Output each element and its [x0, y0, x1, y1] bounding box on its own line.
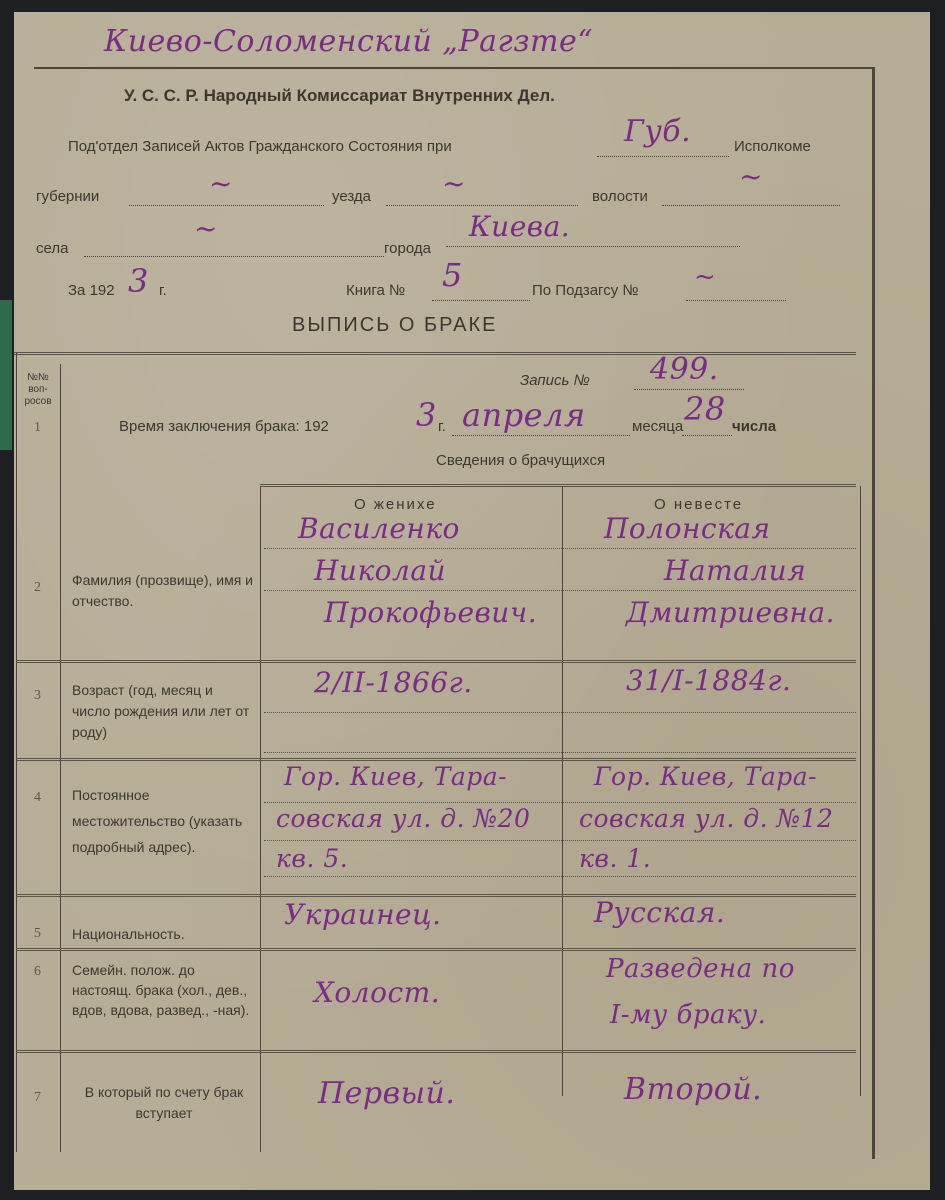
bride-nationality: Русская.: [594, 896, 725, 929]
uezd-value: ~: [442, 167, 466, 200]
question-number-3: 3: [34, 688, 41, 704]
address-line-2: [264, 840, 856, 841]
bride-column-header: О невесте: [654, 496, 743, 513]
volost-label: волости: [592, 188, 648, 205]
number-column-header: №№ воп-росов: [20, 372, 56, 408]
record-number-label: Запись №: [520, 372, 590, 389]
question-number-4: 4: [34, 790, 41, 806]
gubernia-value: ~: [209, 167, 233, 200]
scan-edge-strip: [0, 300, 12, 450]
book-value: 5: [442, 256, 463, 294]
age-line-2: [264, 752, 856, 753]
groom-address-line-1: Гор. Киев, Тара-: [284, 762, 507, 791]
row-label-residence: Постоянное местожительство (указать подр…: [72, 782, 254, 860]
month-label: месяца: [632, 418, 683, 435]
year-suffix: г.: [159, 282, 167, 299]
question-number-2: 2: [34, 580, 41, 596]
selo-label: села: [36, 240, 68, 257]
row-label-nationality: Национальность.: [72, 924, 254, 945]
book-field-line: [432, 300, 530, 301]
row-rule-5-6: [16, 948, 856, 951]
gubernia-field-line: [129, 205, 324, 206]
name-line-1: [264, 548, 856, 549]
bride-patronymic: Дмитриевна.: [626, 596, 835, 629]
groom-nationality: Украинец.: [284, 898, 442, 931]
groom-first-name: Николай: [314, 554, 446, 587]
marriage-time-label: Время заключения брака: 192: [119, 418, 329, 435]
marriage-day-value: 28: [684, 390, 726, 428]
groom-bride-divider: [562, 486, 563, 1096]
marriage-certificate-document: Киево-Соломенский „Рагзте“ У. С. С. Р. Н…: [14, 12, 930, 1190]
age-line-1: [264, 712, 856, 713]
groom-address-line-2: совская ул. д. №20: [276, 804, 530, 833]
groom-column-header: О женихе: [354, 496, 437, 513]
row-label-age: Возраст (год, месяц и число рождения или…: [72, 680, 254, 743]
marriage-day-field-line: [682, 435, 732, 436]
groom-birth-date: 2/II-1866г.: [314, 666, 473, 699]
question-number-7: 7: [34, 1090, 41, 1106]
bride-marital-status-line-2: I-му браку.: [610, 1000, 766, 1030]
number-column-left-border: [16, 352, 17, 1152]
bride-surname: Полонская: [604, 512, 771, 545]
table-top-rule: [14, 352, 856, 355]
row-rule-2-3: [16, 660, 856, 663]
question-number-1: 1: [34, 420, 41, 436]
subdepartment-field-line: [597, 156, 729, 157]
subbook-field-line: [686, 300, 786, 301]
bride-first-name: Наталия: [664, 554, 806, 587]
subdepartment-suffix: Исполкоме: [734, 138, 811, 155]
row-rule-4-5: [16, 894, 856, 897]
section-title-spouses: Сведения о брачущихся: [436, 452, 605, 469]
subbook-label: По Подзагсу №: [532, 282, 638, 299]
name-line-2: [264, 590, 856, 591]
bride-column-right-border: [860, 486, 861, 1096]
groom-address-line-3: кв. 5.: [276, 844, 348, 873]
groom-marriage-count: Первый.: [318, 1076, 455, 1111]
address-line-1: [264, 802, 856, 803]
year-prefix: За 192: [68, 282, 115, 299]
bride-address-line-3: кв. 1.: [579, 844, 651, 873]
marriage-year-value: 3: [416, 396, 437, 434]
uezd-label: уезда: [332, 188, 371, 205]
selo-field-line: [84, 256, 384, 257]
row-rule-6-7: [16, 1050, 856, 1053]
selo-value: ~: [194, 212, 218, 245]
bride-birth-date: 31/I-1884г.: [626, 664, 791, 697]
book-label: Книга №: [346, 282, 405, 299]
groom-marital-status: Холост.: [314, 976, 440, 1009]
year-value: 3: [128, 262, 149, 300]
spouse-header-rule: [260, 484, 856, 487]
day-label: числа: [732, 418, 776, 435]
marriage-month-value: апреля: [462, 396, 586, 434]
address-line-3: [264, 876, 856, 877]
groom-patronymic: Прокофьевич.: [324, 596, 537, 629]
question-number-6: 6: [34, 964, 41, 980]
marriage-month-field-line: [452, 435, 630, 436]
bride-address-line-1: Гор. Киев, Тара-: [594, 762, 817, 791]
header-handwritten-note: Киево-Соломенский „Рагзте“: [104, 24, 593, 59]
bride-marriage-count: Второй.: [624, 1072, 762, 1107]
volost-value: ~: [739, 160, 763, 193]
subdepartment-label: Под'отдел Записей Актов Гражданского Сос…: [68, 138, 452, 155]
uezd-field-line: [386, 205, 578, 206]
question-number-5: 5: [34, 926, 41, 942]
gorod-label: города: [384, 240, 431, 257]
record-number-value: 499.: [650, 352, 719, 387]
bride-address-line-2: совская ул. д. №12: [579, 804, 833, 833]
groom-surname: Василенко: [298, 512, 460, 545]
document-title: ВЫПИСЬ О БРАКЕ: [292, 314, 498, 337]
marriage-year-suffix: г.: [438, 418, 446, 435]
bride-marital-status-line-1: Разведена по: [606, 954, 795, 984]
issuing-authority-title: У. С. С. Р. Народный Комиссариат Внутрен…: [124, 86, 555, 106]
row-rule-3-4: [16, 758, 856, 761]
subbook-value: ~: [694, 262, 716, 292]
gorod-value: Киева.: [469, 210, 570, 243]
row-label-name: Фамилия (прозвище), имя и отчество.: [72, 570, 254, 612]
subdepartment-value: Губ.: [624, 114, 691, 149]
gorod-field-line: [446, 246, 740, 247]
volost-field-line: [662, 205, 840, 206]
row-label-marital-status: Семейн. полож. до настоящ. брака (хол., …: [72, 960, 256, 1020]
gubernia-label: губернии: [36, 188, 99, 205]
row-label-marriage-count: В который по счету брак вступает: [76, 1082, 252, 1124]
